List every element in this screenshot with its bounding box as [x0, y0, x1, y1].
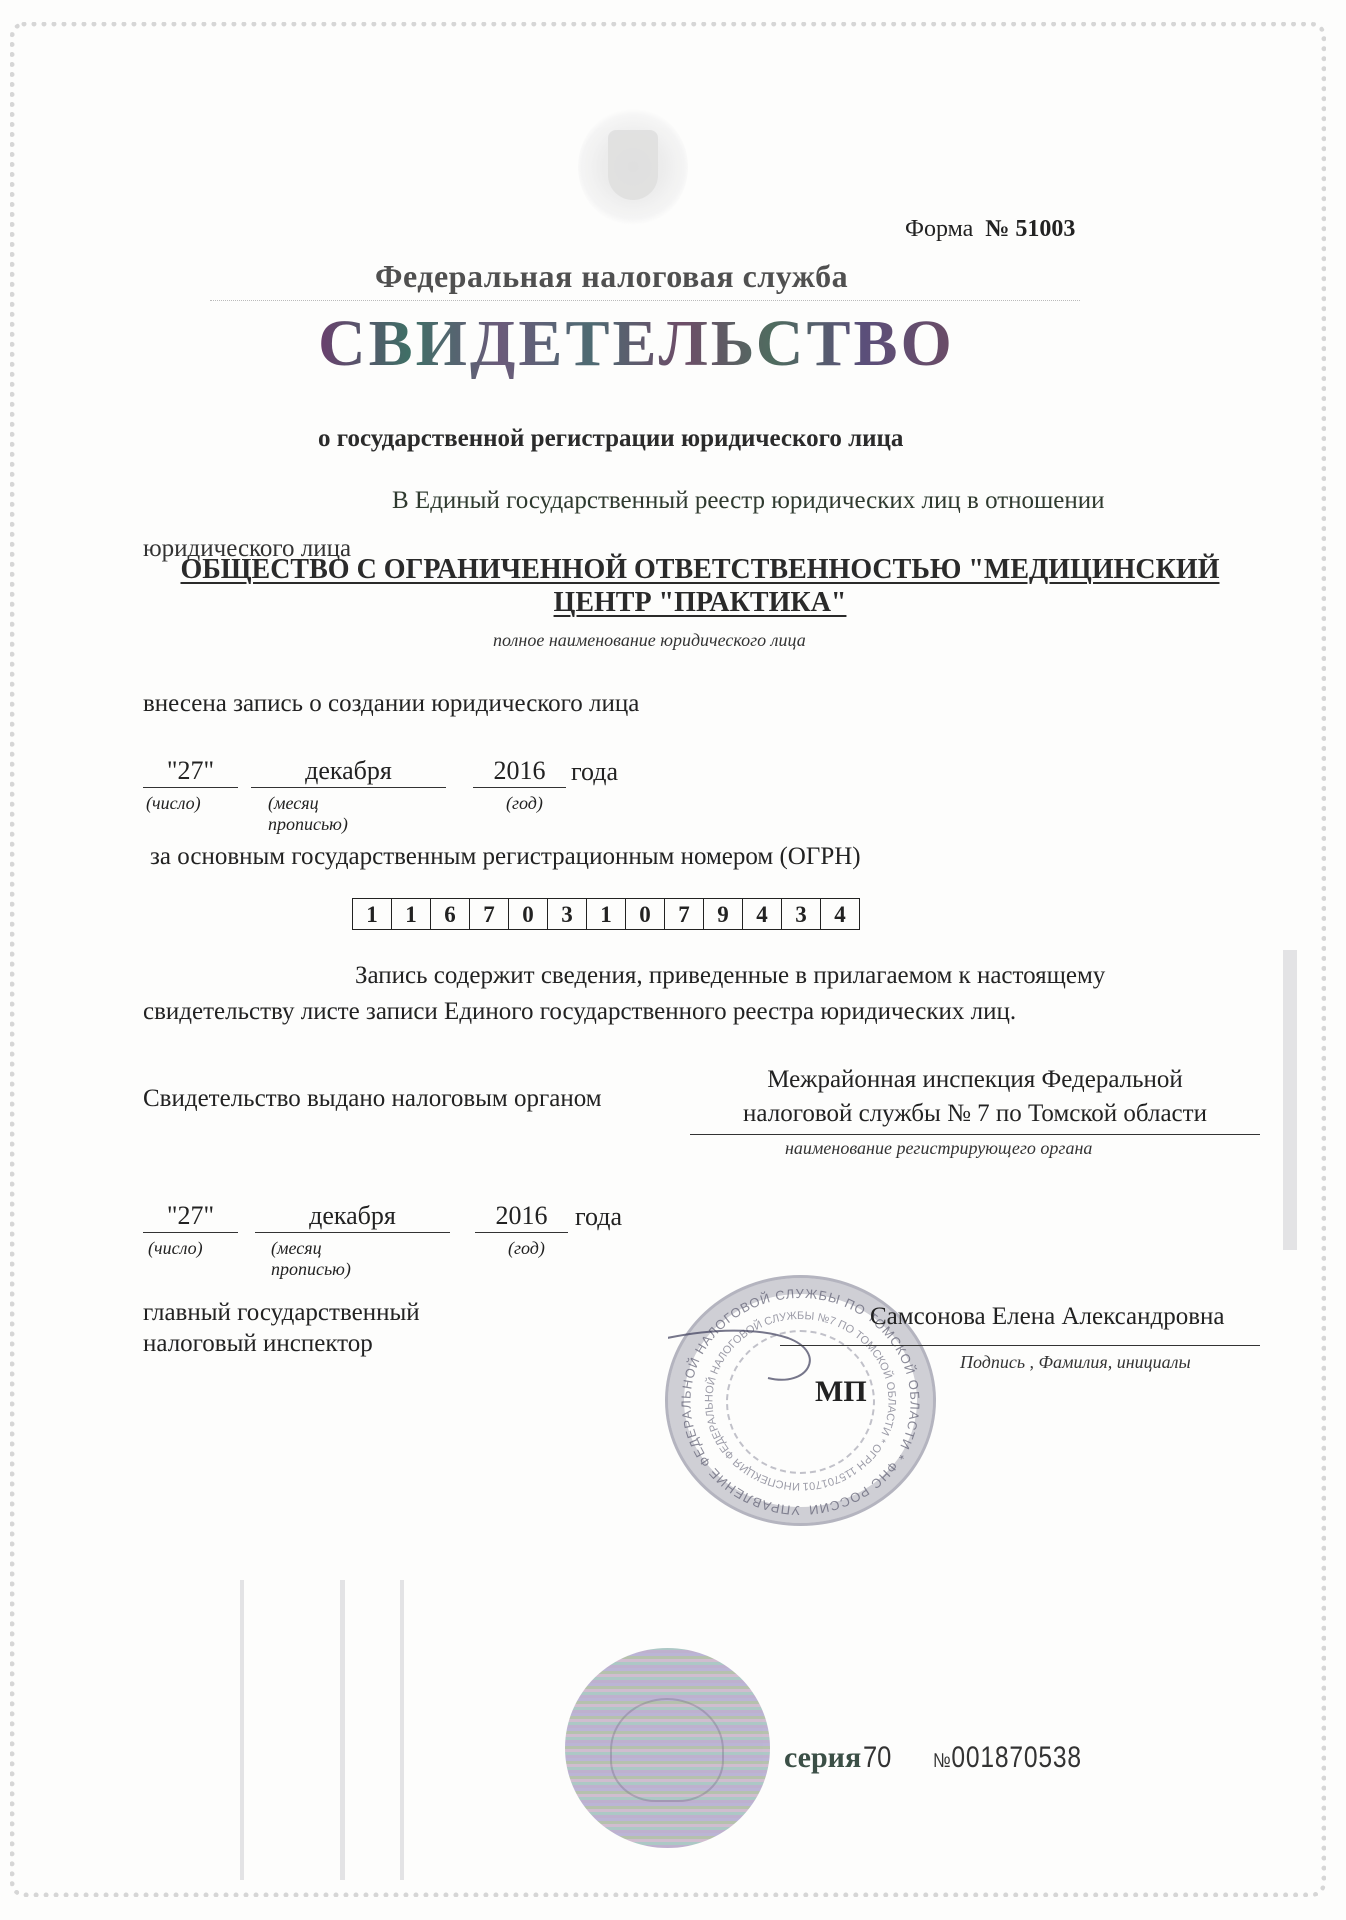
intro-line1: В Единый государственный реестр юридичес…: [392, 487, 1105, 515]
signature-caption: Подпись , Фамилия, инициалы: [960, 1352, 1191, 1373]
ogrn-digit: 1: [587, 899, 626, 929]
record-year-suffix: года: [571, 757, 618, 787]
issue-year-caption: (год): [508, 1238, 545, 1259]
divider: [210, 300, 1080, 301]
ogrn-digit: 1: [392, 899, 431, 929]
record-day: "27": [143, 757, 238, 788]
issued-by-label: Свидетельство выдано налоговым органом: [143, 1085, 602, 1113]
organization-caption: полное наименование юридического лица: [493, 630, 806, 651]
issue-day-caption: (число): [148, 1238, 203, 1259]
ogrn-boxes: 1167031079434: [352, 898, 860, 930]
organization-name: ОБЩЕСТВО С ОГРАНИЧЕННОЙ ОТВЕТСТВЕННОСТЬЮ…: [140, 553, 1260, 619]
record-year: 2016: [473, 757, 566, 788]
signature-line: [780, 1345, 1260, 1346]
ogrn-digit: 4: [821, 899, 859, 929]
authority-caption: наименование регистрирующего органа: [785, 1138, 1092, 1159]
document-title: СВИДЕТЕЛЬСТВО: [318, 306, 955, 382]
ogrn-digit: 4: [743, 899, 782, 929]
organization-name-line1: ОБЩЕСТВО С ОГРАНИЧЕННОЙ ОТВЕТСТВЕННОСТЬЮ…: [181, 554, 1220, 585]
scan-artifact: [400, 1580, 404, 1880]
serial-prefix: №: [933, 1750, 951, 1772]
ogrn-digit: 3: [782, 899, 821, 929]
serial-number: №001870538: [933, 1741, 1082, 1775]
stamp-mark: МП: [815, 1375, 867, 1409]
issuer-heading: Федеральная налоговая служба: [375, 258, 848, 295]
record-month: декабря: [251, 757, 446, 788]
ogrn-digit: 7: [665, 899, 704, 929]
inspector-title-line2: налоговый инспектор: [143, 1328, 420, 1359]
authority-underline: [690, 1134, 1260, 1135]
document-subtitle: о государственной регистрации юридическо…: [318, 425, 903, 453]
ogrn-digit: 0: [626, 899, 665, 929]
inspector-title: главный государственный налоговый инспек…: [143, 1297, 420, 1359]
form-number: Форма № 51003: [905, 216, 1075, 243]
issue-year-suffix: года: [575, 1202, 622, 1232]
issue-month: декабря: [255, 1202, 450, 1233]
ogrn-digit: 0: [509, 899, 548, 929]
series-value: 70: [863, 1741, 891, 1775]
attachment-line1: Запись содержит сведения, приведенные в …: [355, 962, 1105, 990]
decorative-border: [10, 22, 1326, 1897]
issuing-authority: Межрайонная инспекция Федеральной налого…: [690, 1063, 1260, 1131]
ogrn-digit: 1: [353, 899, 392, 929]
scan-artifact: [340, 1580, 345, 1880]
record-text: внесена запись о создании юридического л…: [143, 690, 639, 718]
ogrn-digit: 6: [431, 899, 470, 929]
issue-day: "27": [143, 1202, 238, 1233]
scan-artifact: [1283, 950, 1297, 1250]
ogrn-digit: 3: [548, 899, 587, 929]
serial-value: 001870538: [951, 1741, 1082, 1774]
inspector-title-line1: главный государственный: [143, 1297, 420, 1328]
ogrn-label: за основным государственным регистрацион…: [150, 843, 861, 871]
ogrn-digit: 7: [470, 899, 509, 929]
form-label: Форма: [905, 216, 973, 242]
form-number-value: № 51003: [985, 216, 1075, 242]
issue-year: 2016: [475, 1202, 568, 1233]
series-label: серия: [784, 1741, 861, 1775]
authority-line2: налоговой службы № 7 по Томской области: [690, 1097, 1260, 1131]
attachment-line2: свидетельству листе записи Единого госуд…: [143, 998, 1016, 1026]
inspector-name: Самсонова Елена Александровна: [870, 1303, 1224, 1331]
ogrn-digit: 9: [704, 899, 743, 929]
organization-name-line2: ЦЕНТР "ПРАКТИКА": [554, 587, 847, 618]
hologram-emblem: [565, 1648, 770, 1848]
authority-line1: Межрайонная инспекция Федеральной: [690, 1063, 1260, 1097]
issue-month-caption: (месяц прописью): [271, 1238, 351, 1280]
record-year-caption: (год): [506, 793, 543, 814]
coat-of-arms-emblem: [578, 108, 688, 226]
scan-artifact: [240, 1580, 244, 1880]
record-month-caption: (месяц прописью): [268, 793, 348, 835]
record-day-caption: (число): [146, 793, 201, 814]
